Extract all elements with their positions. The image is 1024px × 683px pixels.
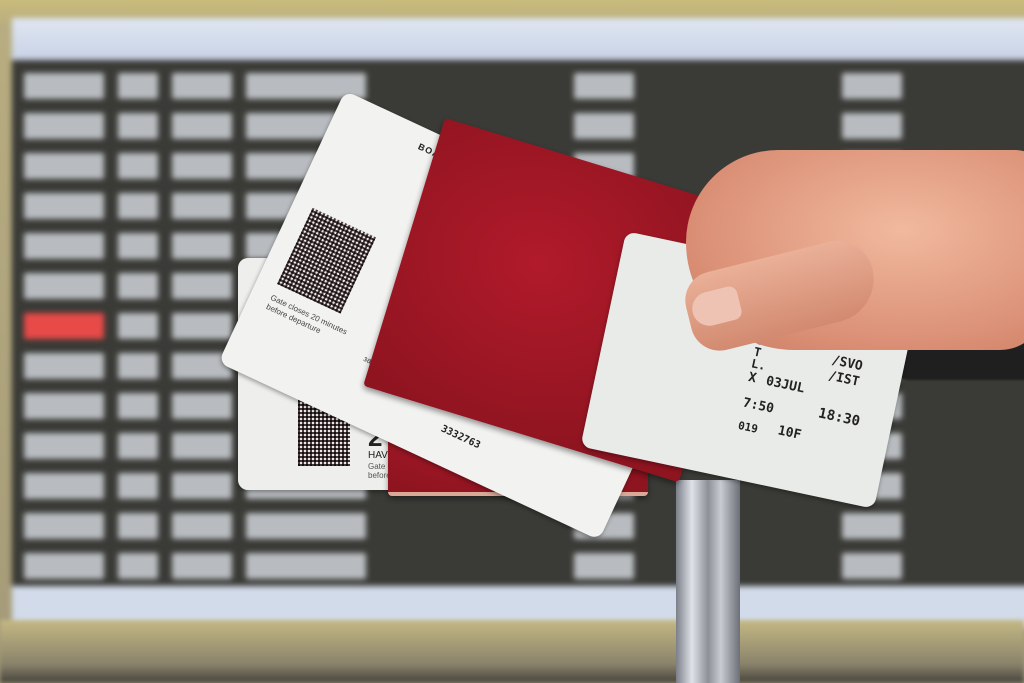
- seat-number: 10F: [776, 423, 802, 443]
- board-cell: [118, 113, 158, 139]
- board-cell: [118, 73, 158, 99]
- board-cell: [118, 233, 158, 259]
- board-cell: [172, 193, 232, 219]
- board-cell: [118, 433, 158, 459]
- board-cell: [842, 113, 902, 139]
- board-cell: [172, 433, 232, 459]
- board-cell: [118, 513, 158, 539]
- board-cell: [24, 553, 104, 579]
- board-cell: [118, 193, 158, 219]
- board-cell: [172, 553, 232, 579]
- boarding-time: 7:50: [741, 395, 775, 416]
- board-cell: [24, 433, 104, 459]
- barcode-icon: [277, 208, 376, 314]
- board-row: [24, 73, 902, 101]
- board-cell: [118, 393, 158, 419]
- board-cell: [24, 233, 104, 259]
- board-bottom-edge: [0, 620, 1024, 683]
- photo-scene: K GA 2 HAVE A Gate clos before d BOARDIN…: [0, 0, 1024, 683]
- board-cell: [118, 153, 158, 179]
- board-cell: [842, 73, 902, 99]
- board-cell: [24, 193, 104, 219]
- board-cell: [118, 353, 158, 379]
- board-cell: [118, 473, 158, 499]
- board-cell: [574, 553, 634, 579]
- board-cell: [172, 73, 232, 99]
- board-cell: [24, 513, 104, 539]
- board-cell: [172, 273, 232, 299]
- board-cell: [842, 513, 902, 539]
- board-cell: [172, 513, 232, 539]
- board-cell: [574, 73, 634, 99]
- board-cell: [172, 153, 232, 179]
- col-fragment-4: X: [747, 370, 758, 386]
- board-cell: [172, 473, 232, 499]
- board-cell: [842, 553, 902, 579]
- board-cell: [24, 73, 104, 99]
- board-cell: [118, 553, 158, 579]
- board-row: [24, 553, 902, 581]
- pass-number: 3332763: [439, 423, 482, 451]
- board-cell: [24, 473, 104, 499]
- board-cell: [574, 113, 634, 139]
- board-cell: [24, 393, 104, 419]
- board-cell: [24, 273, 104, 299]
- board-cell: [24, 153, 104, 179]
- departure-time: 18:30: [817, 405, 862, 429]
- flight-date: 03JUL: [764, 374, 805, 397]
- board-row: [24, 513, 902, 541]
- board-cell: [172, 393, 232, 419]
- sequence-number: 019: [737, 419, 759, 436]
- board-cell: [24, 113, 104, 139]
- board-cell: [24, 353, 104, 379]
- board-cell: [24, 313, 104, 339]
- board-cell: [246, 513, 366, 539]
- stand-pole: [676, 480, 740, 683]
- board-cell: [172, 313, 232, 339]
- board-cell: [172, 233, 232, 259]
- board-header: [12, 18, 1024, 60]
- board-cell: [172, 113, 232, 139]
- board-cell: [118, 313, 158, 339]
- board-cell: [246, 553, 366, 579]
- board-cell: [118, 273, 158, 299]
